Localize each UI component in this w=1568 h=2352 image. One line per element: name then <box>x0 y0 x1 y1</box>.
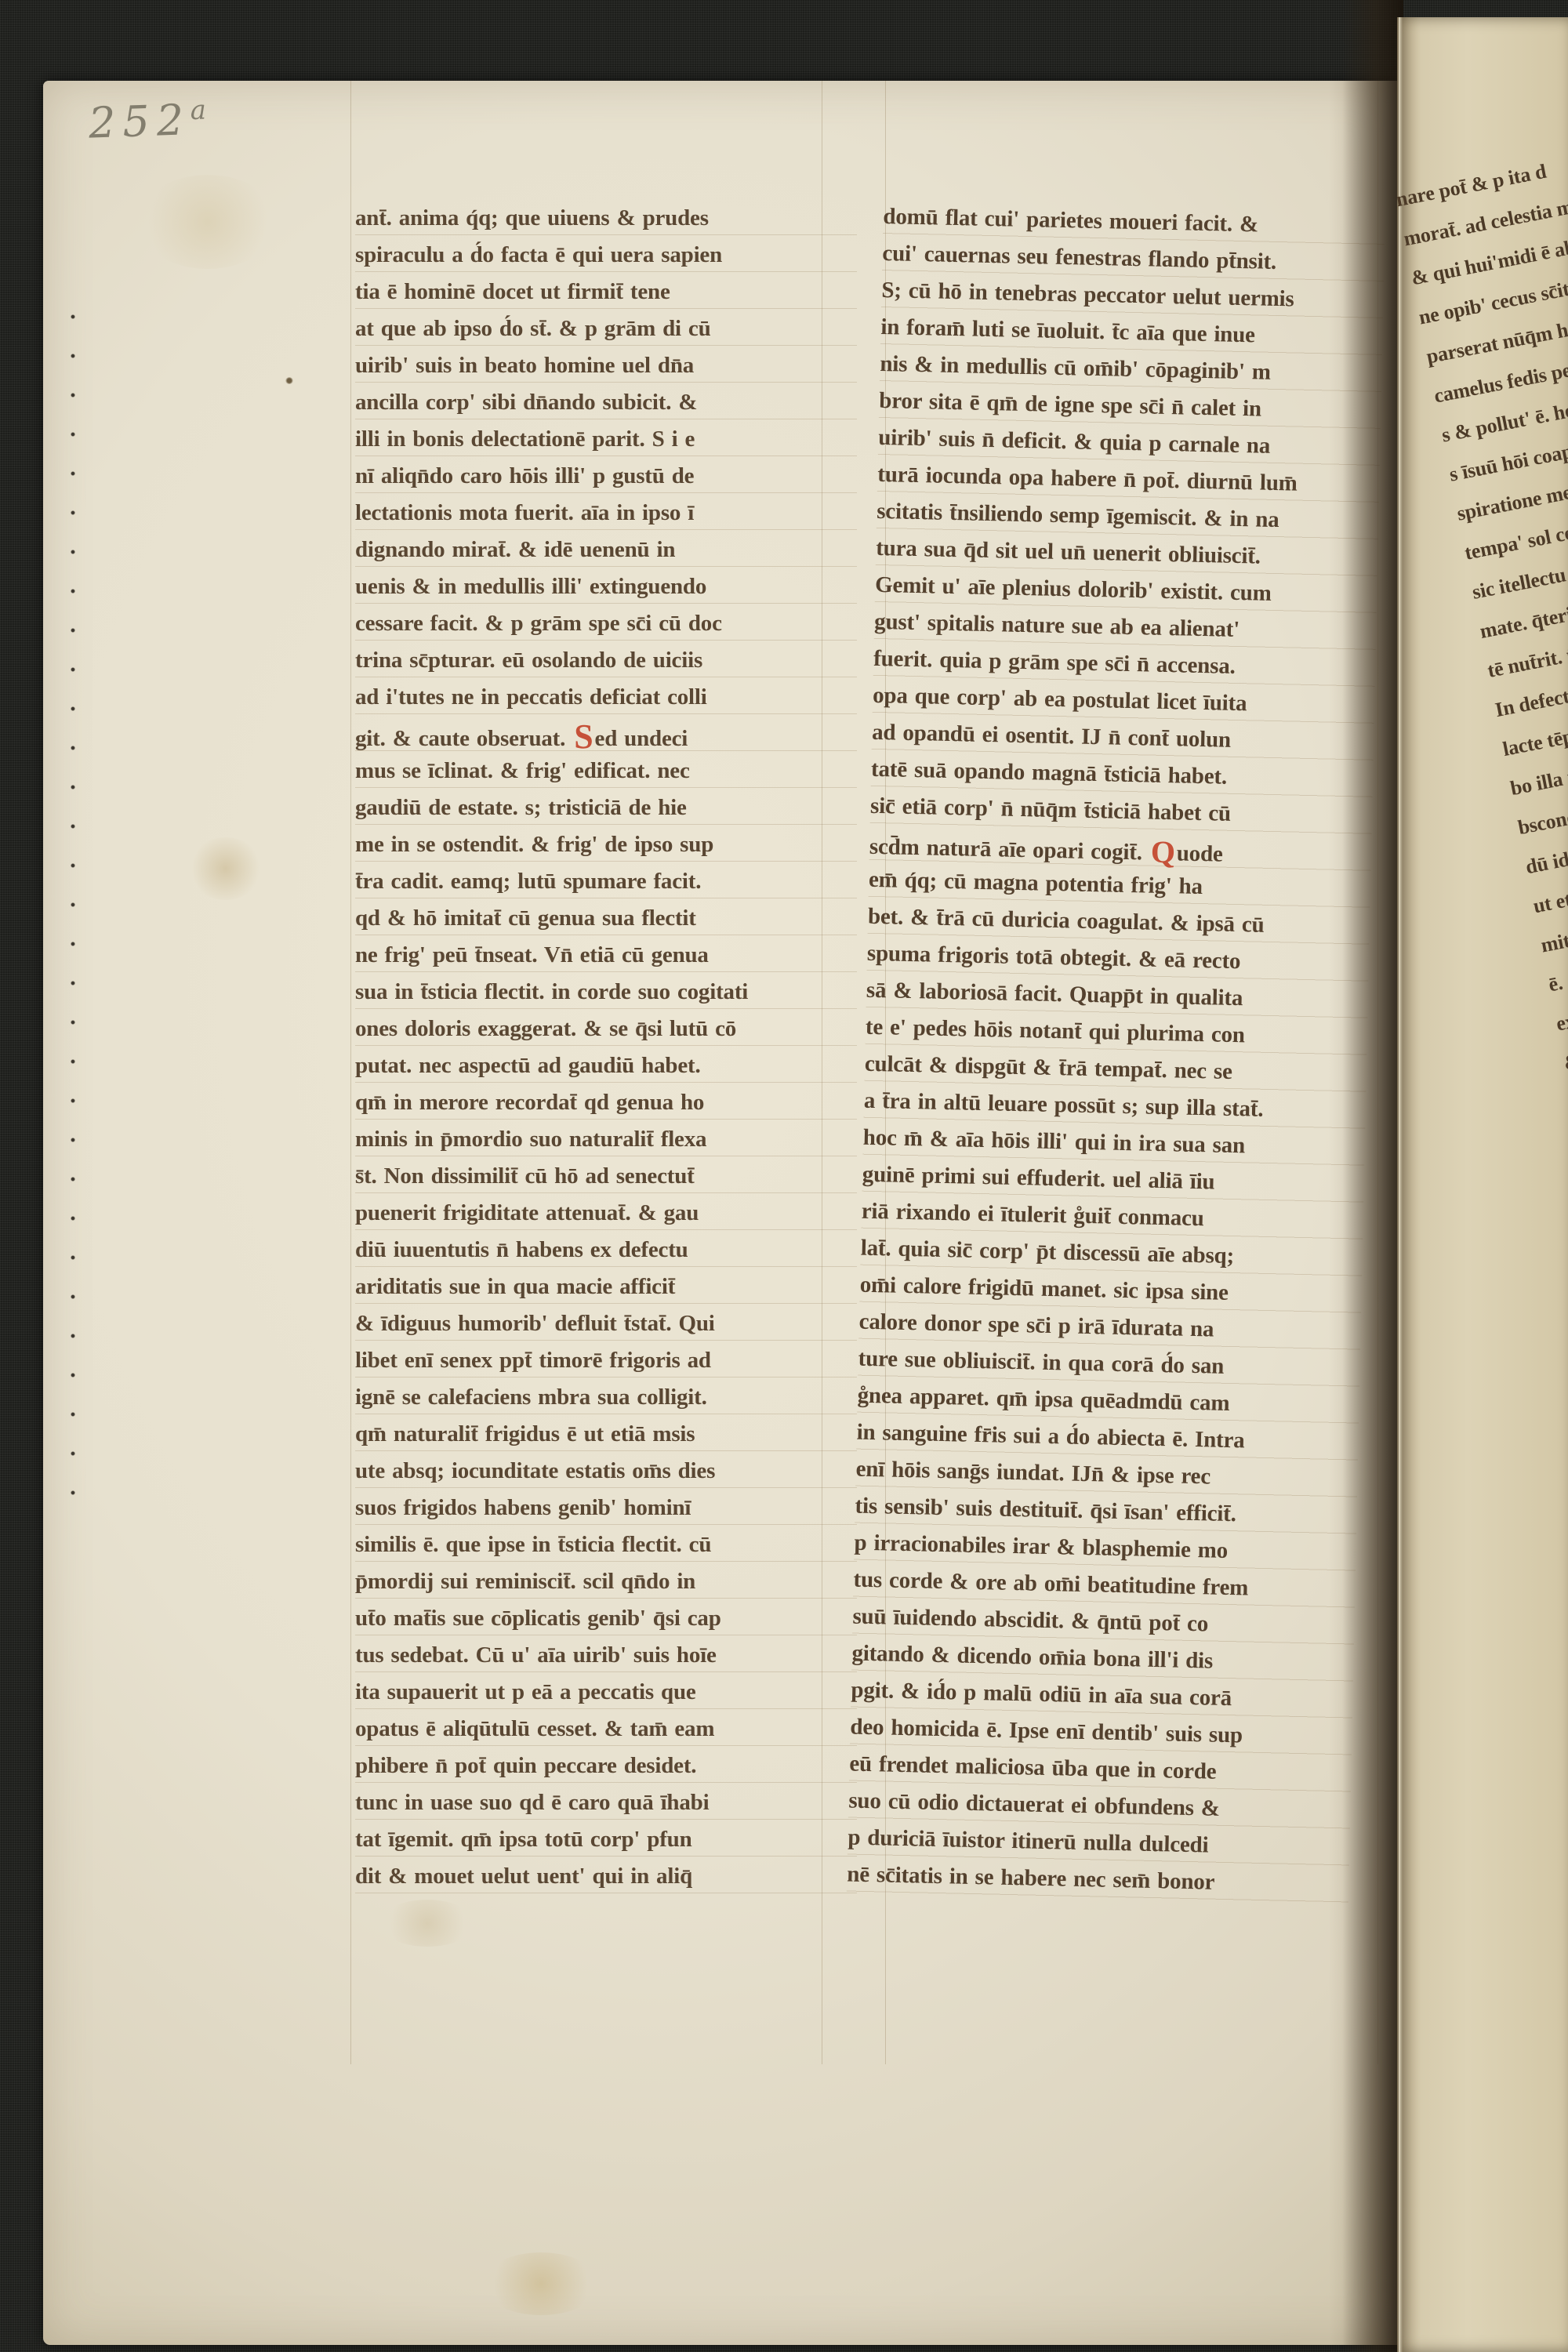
text-column-left: ant̄. anima q́q; que uiuens & prudesspir… <box>355 200 857 1895</box>
facing-page-text: nare pot̄ & p ita dmorat̄. ad celestia m… <box>1397 118 1568 1986</box>
text-line: nī aliqn̄do caro hōis illi' p gustū de <box>355 458 857 495</box>
text-line: ne frig' peū t̄nseat. Vn̄ etiā cū genua <box>355 937 857 974</box>
text-line: putat. nec aspectū ad gaudiū habet. <box>355 1047 857 1084</box>
text-line: tat īgemit. qm̄ ipsa totū corp' pfun <box>355 1821 857 1858</box>
text-line: phibere n̄ pot̄ quin peccare desidet. <box>355 1748 857 1784</box>
facing-page-edge: nare pot̄ & p ita dmorat̄. ad celestia m… <box>1397 17 1568 2352</box>
text-line: t̄ra cadit. eamq; lutū spumare facit. <box>355 863 857 900</box>
text-line: p̄mordij sui reminiscit̄. scil qn̄do in <box>355 1563 857 1600</box>
text-line: sua in t̄sticia flectit. in corde suo co… <box>355 974 857 1011</box>
gutter-shadow <box>1342 0 1403 2352</box>
text-line: ancilla corp' sibi dn̄ando subicit. & <box>355 384 857 421</box>
text-line: minis in p̄mordio suo naturalit̄ flexa <box>355 1121 857 1158</box>
text-line: ad i'tutes ne in peccatis deficiat colli <box>355 679 857 716</box>
text-line: ant̄. anima q́q; que uiuens & prudes <box>355 200 857 237</box>
text-line: ariditatis sue in qua macie afficit̄ <box>355 1269 857 1305</box>
text-line: qm̄ in merore recordat̄ qd genua ho <box>355 1084 857 1121</box>
ink-spot <box>285 377 293 384</box>
text-line: ut̄o mat̄is sue cōplicatis genib' q̄si c… <box>355 1600 857 1637</box>
text-line: tia ē hominē docet ut firmit̄ tene <box>355 274 857 310</box>
text-line: ita supauerit ut p eā a peccatis que <box>355 1674 857 1711</box>
text-line: dit & mouet uelut uent' qui in aliq̄ <box>355 1858 857 1895</box>
text-line: at que ab ipso d́o st̄. & p grām di cū <box>355 310 857 347</box>
text-line: lectationis mota fuerit. aīa in ipso ī <box>355 495 857 532</box>
stain <box>380 1900 474 1947</box>
text-line: me in se ostendit. & frig' de ipso sup <box>355 826 857 863</box>
text-line: opatus ē aliqūtulū cesset. & tam̄ eam <box>355 1711 857 1748</box>
pricking-holes <box>70 312 76 1504</box>
text-line: spiraculu a d́o facta ē qui uera sapien <box>355 237 857 274</box>
text-line: illi in bonis delectationē parit. S i e <box>355 421 857 458</box>
text-line: & īdiguus humorib' defluit t̄stat̄. Qui <box>355 1305 857 1342</box>
text-line: ignē se calefaciens mbra sua colligit. <box>355 1379 857 1416</box>
text-line: suos frigidos habens genib' hominī <box>355 1490 857 1526</box>
text-line: trina sc̄pturar. eū osolando de uiciis <box>355 642 857 679</box>
text-line: tus sedebat. Cū u' aīa uirib' suis hoīe <box>355 1637 857 1674</box>
folio-number: 252a <box>88 94 209 147</box>
text-line: dignando mirat̄. & idē uenenū in <box>355 532 857 568</box>
manuscript-page: 252a ant̄. anima q́q; que uiuens & prude… <box>43 81 1403 2345</box>
text-line: tunc in uase suo qd ē caro quā īhabi <box>355 1784 857 1821</box>
text-line: mus se īclinat. & frig' edificat. nec <box>355 753 857 789</box>
text-line: gaudiū de estate. s; tristiciā de hie <box>355 789 857 826</box>
stain <box>188 837 263 900</box>
text-line: puenerit frigiditate attenuat̄. & gau <box>355 1195 857 1232</box>
ruling-line <box>350 81 351 2064</box>
text-line: uirib' suis in beato homine uel dn̄a <box>355 347 857 384</box>
rubricated-initial: S <box>572 717 594 756</box>
text-line: uenis & in medullis illi' extinguendo <box>355 568 857 605</box>
text-line: similis ē. que ipse in t̄sticia flectit.… <box>355 1526 857 1563</box>
rubricated-initial: Q <box>1149 834 1177 870</box>
photo-backdrop: 252a ant̄. anima q́q; que uiuens & prude… <box>0 0 1568 2352</box>
folio-number-suffix: a <box>190 94 209 126</box>
folio-number-digits: 252 <box>88 95 191 148</box>
stain <box>137 175 278 269</box>
stain <box>482 2252 600 2315</box>
text-line: git. & caute obseruat. Sed undeci <box>355 716 857 753</box>
text-line: diū iuuentutis n̄ habens ex defectu <box>355 1232 857 1269</box>
text-line: cessare facit. & p grām spe sc̄i cū doc <box>355 605 857 642</box>
text-line: ute absq; iocunditate estatis om̄s dies <box>355 1453 857 1490</box>
text-line: qm̄ naturalit̄ frigidus ē ut etiā msis <box>355 1416 857 1453</box>
text-line: qd & hō imitat̄ cū genua sua flectit <box>355 900 857 937</box>
text-line: s̄t. Non dissimilit̄ cū hō ad senectut̄ <box>355 1158 857 1195</box>
text-column-right: domū flat cui' parietes moueri facit. &c… <box>847 198 1385 1904</box>
text-line: ones doloris exaggerat. & se q̄si lutū c… <box>355 1011 857 1047</box>
text-line: libet enī senex ppt̄ timorē frigoris ad <box>355 1342 857 1379</box>
